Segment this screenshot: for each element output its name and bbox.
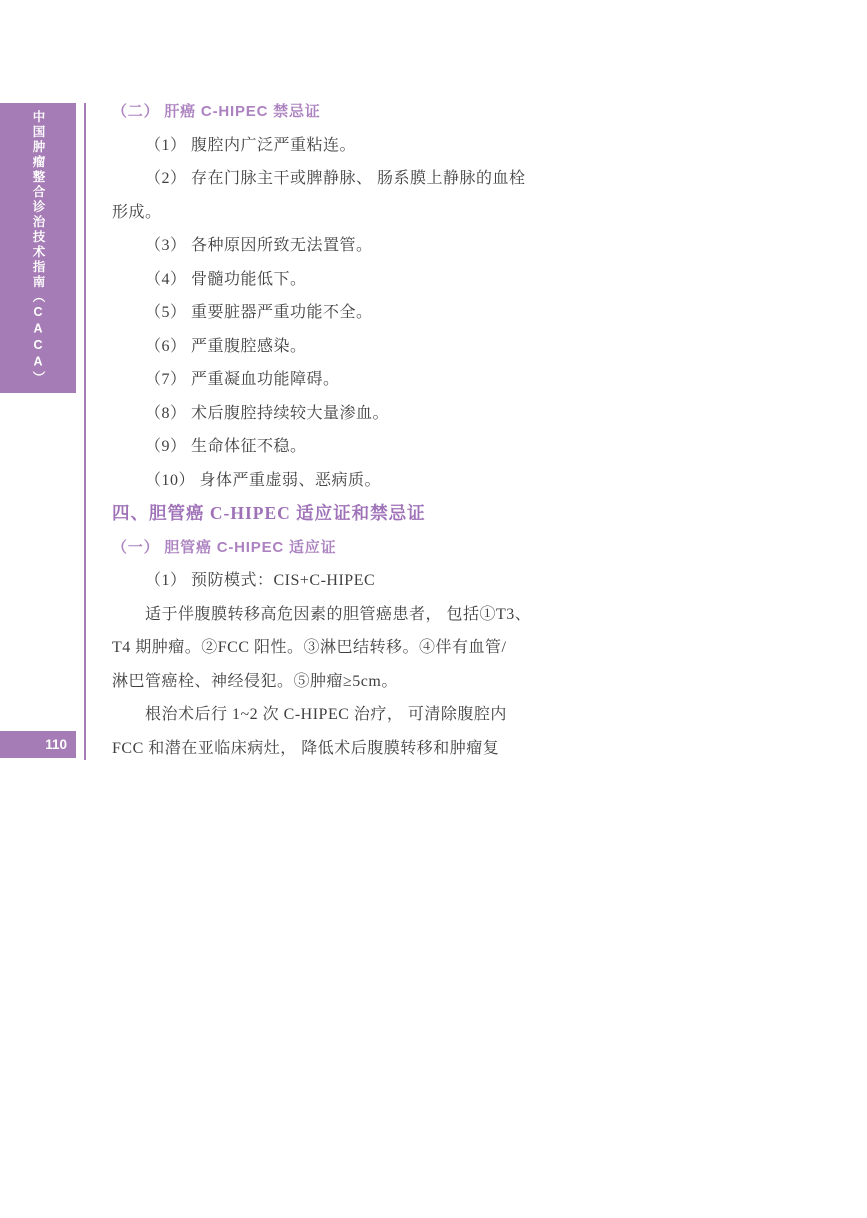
text-line: 适于伴腹膜转移高危因素的胆管癌患者， 包括①T3、 (112, 598, 524, 632)
text-line: （4） 骨髓功能低下。 (112, 263, 524, 297)
text-line: （8） 术后腹腔持续较大量渗血。 (112, 397, 524, 431)
text-line: （6） 严重腹腔感染。 (112, 330, 524, 364)
text-line: T4 期肿瘤。②FCC 阳性。③淋巴结转移。④伴有血管/ (112, 631, 524, 665)
page-number: 110 (45, 737, 67, 752)
section-heading: 四、胆管癌 C-HIPEC 适应证和禁忌证 (112, 497, 524, 531)
text-line: （9） 生命体征不稳。 (112, 430, 524, 464)
text-line: （1） 腹腔内广泛严重粘连。 (112, 129, 524, 163)
text-line: 淋巴管癌栓、神经侵犯。⑤肿瘤≥5cm。 (112, 665, 524, 699)
document-page: 中国肿瘤整合诊治技术指南（CACA） 110 （二） 肝癌 C-HIPEC 禁忌… (0, 0, 867, 1218)
book-title-vertical: 中国肿瘤整合诊治技术指南（CACA） (29, 110, 47, 386)
text-line: （7） 严重凝血功能障碍。 (112, 363, 524, 397)
text-line: （10） 身体严重虚弱、恶病质。 (112, 464, 524, 498)
subheading: （一） 胆管癌 C-HIPEC 适应证 (112, 531, 524, 565)
vertical-divider (84, 103, 86, 760)
text-line: （1） 预防模式：CIS+C-HIPEC (112, 564, 524, 598)
page-number-badge: 110 (0, 731, 76, 758)
subheading: （二） 肝癌 C-HIPEC 禁忌证 (112, 95, 524, 129)
text-line: （5） 重要脏器严重功能不全。 (112, 296, 524, 330)
text-line: （3） 各种原因所致无法置管。 (112, 229, 524, 263)
text-line: 形成。 (112, 196, 524, 230)
sidebar-tab: 中国肿瘤整合诊治技术指南（CACA） (0, 103, 76, 393)
text-line: 根治术后行 1~2 次 C-HIPEC 治疗， 可清除腹腔内 (112, 698, 524, 732)
text-line: FCC 和潜在亚临床病灶， 降低术后腹膜转移和肿瘤复 (112, 732, 524, 766)
page-content: （二） 肝癌 C-HIPEC 禁忌证（1） 腹腔内广泛严重粘连。（2） 存在门脉… (112, 95, 524, 765)
text-line: （2） 存在门脉主干或脾静脉、 肠系膜上静脉的血栓 (112, 162, 524, 196)
